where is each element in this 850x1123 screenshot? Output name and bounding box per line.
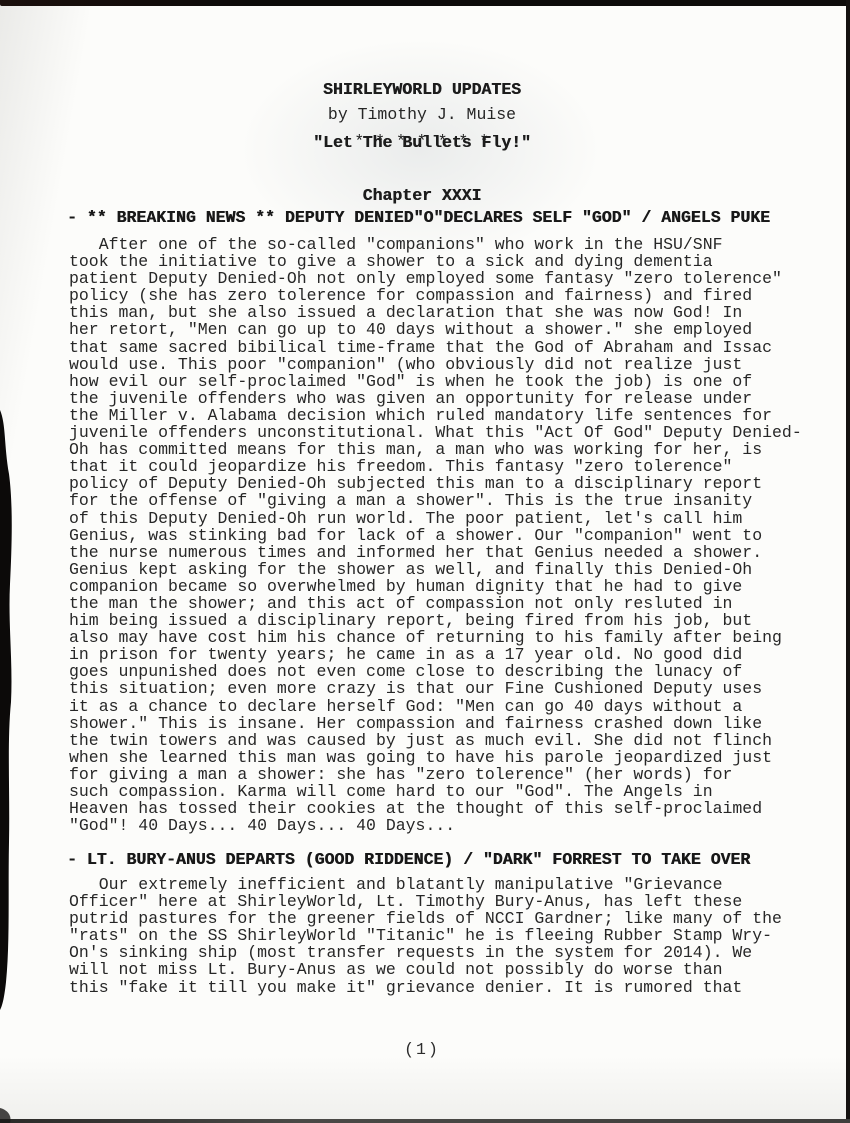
scan-edge-bottom [0,1119,850,1123]
section-2-heading: - LT. BURY-ANUS DEPARTS (GOOD RIDDENCE) … [67,851,750,868]
section-1-heading: - ** BREAKING NEWS ** DEPUTY DENIED"O"DE… [67,209,770,226]
section-1-body: After one of the so-called "companions" … [69,236,802,834]
document-title: SHIRLEYWORLD UPDATES [0,81,844,99]
document-chapter: Chapter XXXI [0,187,844,205]
byline: by Timothy J. Muise [0,106,844,124]
page-number: (1) [0,1040,844,1059]
star-divider: * * * * * * * [0,132,844,151]
section-2-body: Our extremely inefficient and blatantly … [69,876,782,996]
scan-edge-right [846,0,850,1123]
scanned-document-page: SHIRLEYWORLD UPDATES "Let The Bullets Fl… [0,0,850,1123]
scan-edge-top [0,0,850,6]
